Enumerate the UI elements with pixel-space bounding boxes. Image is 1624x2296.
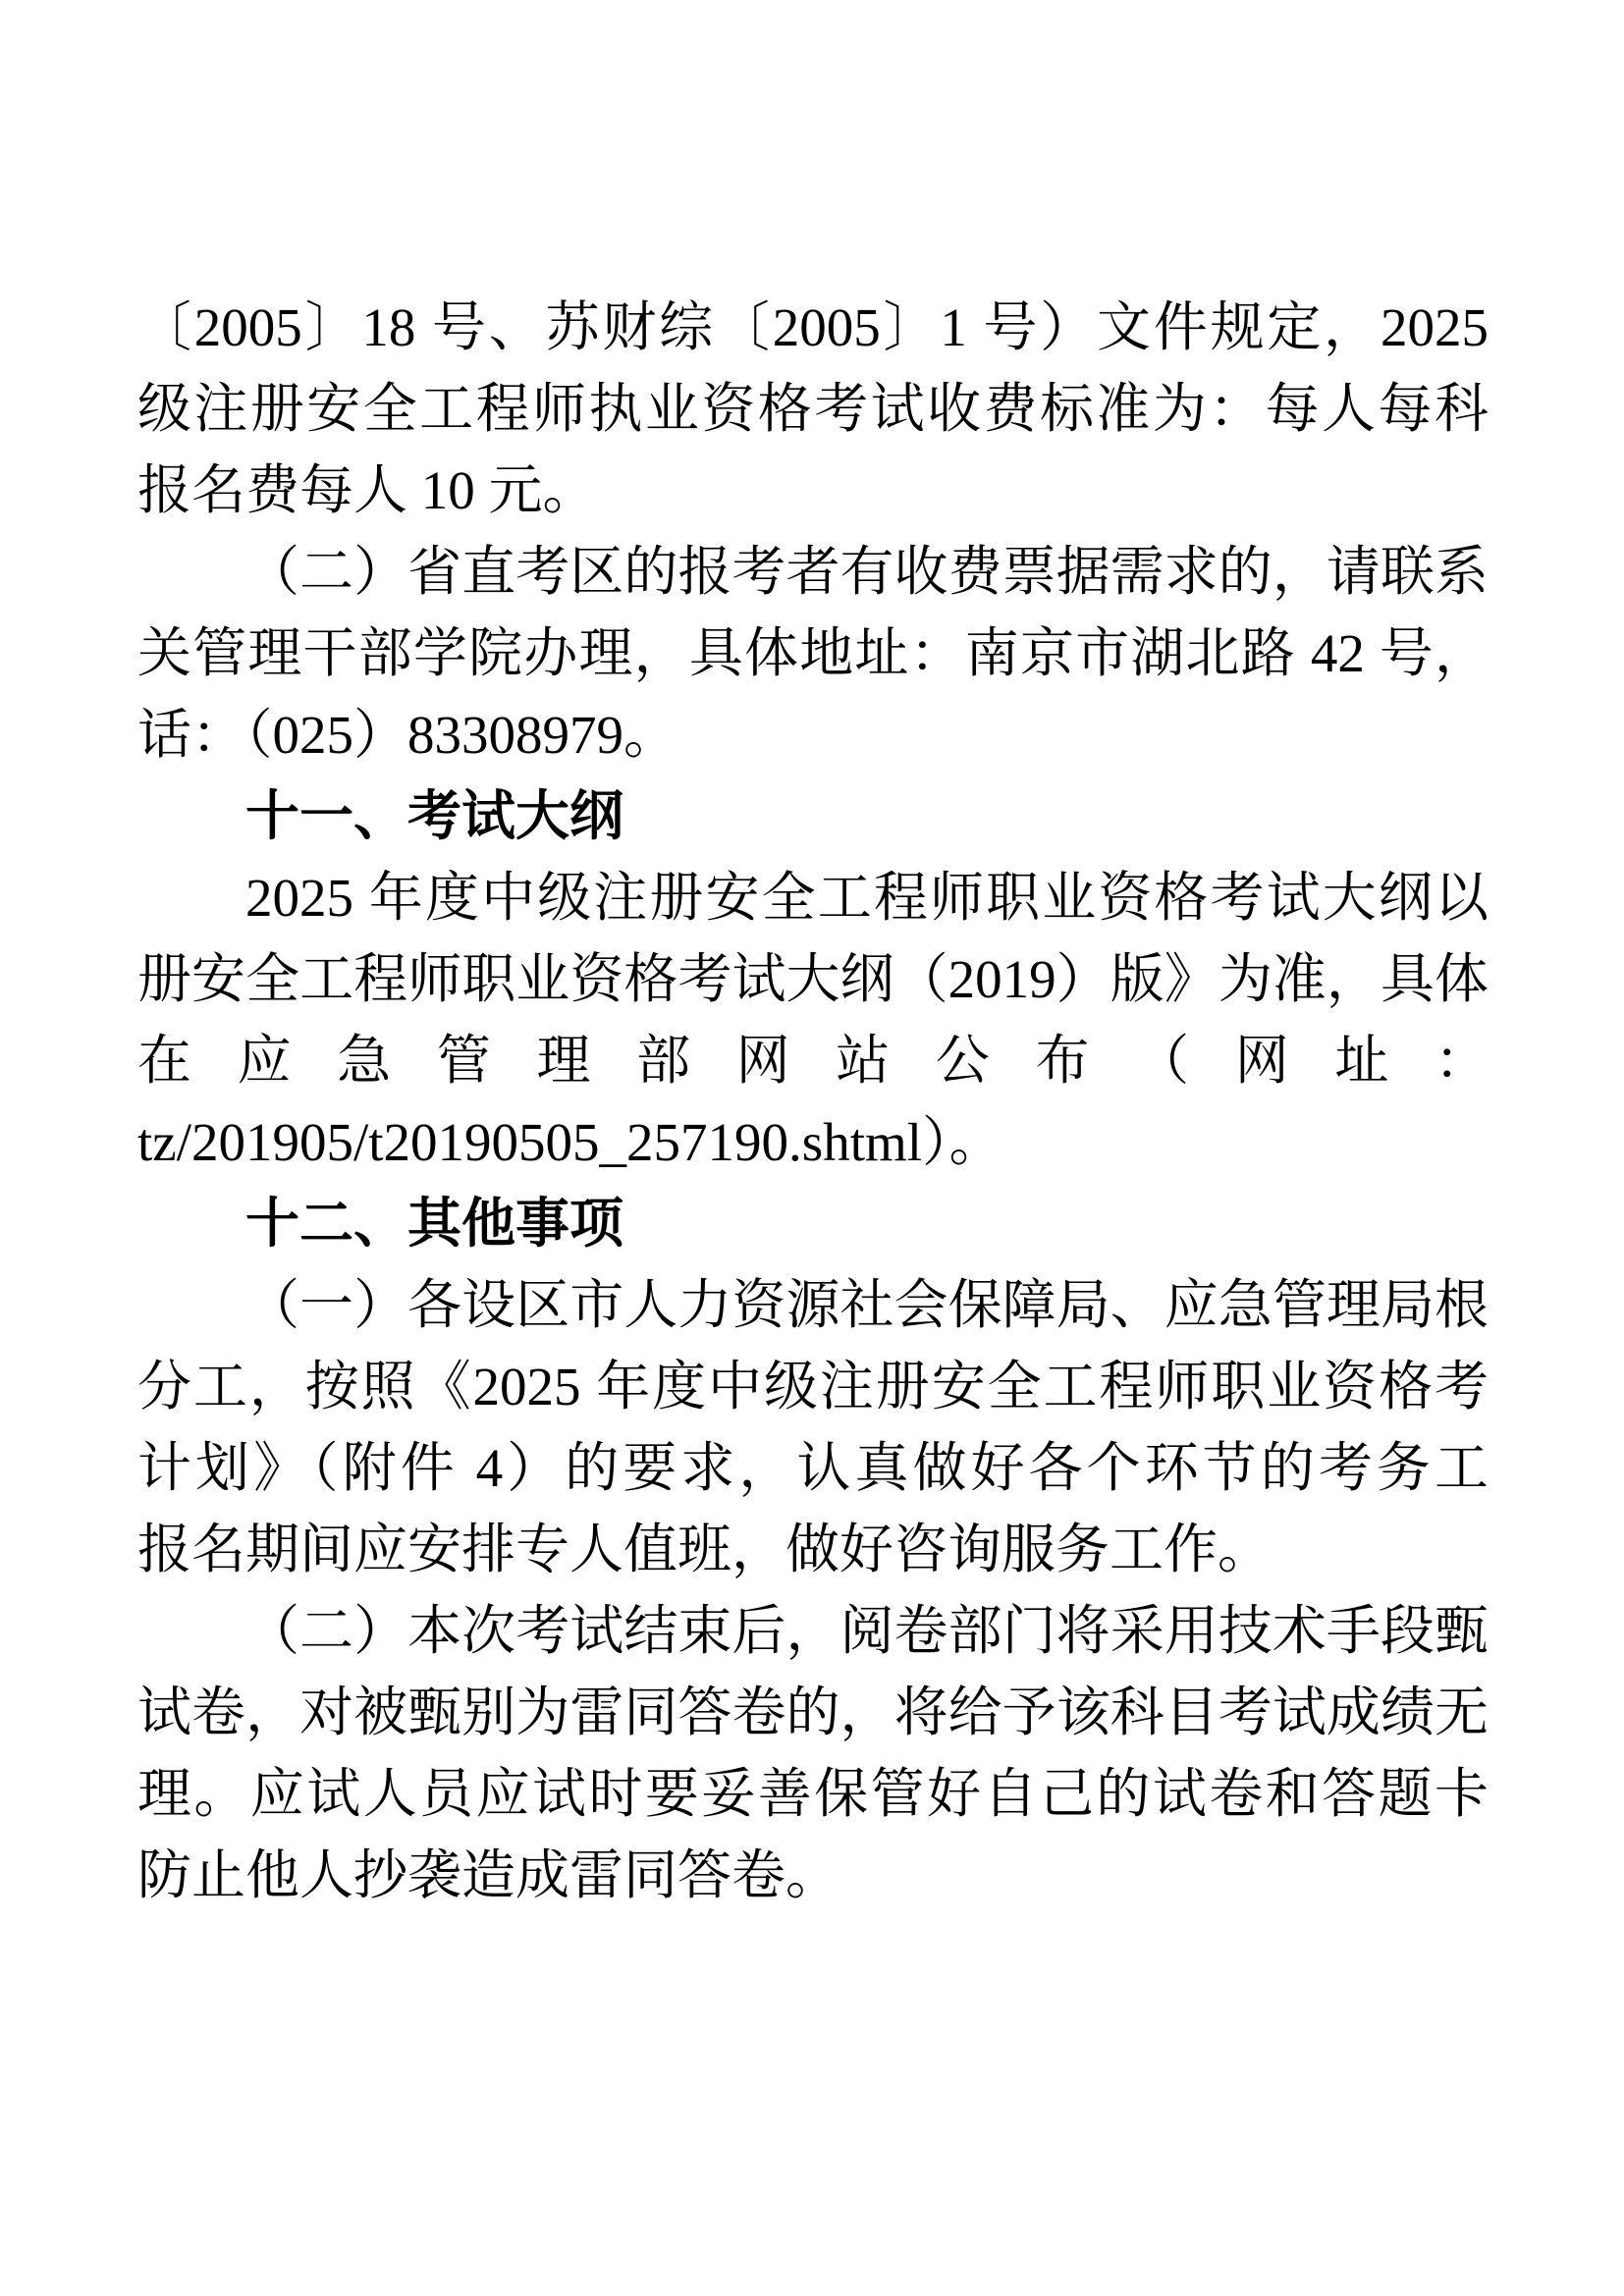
text-line: 报名费每人 10 元。 <box>137 450 1489 531</box>
text-line: 话：（025）83308979。 <box>137 694 1489 775</box>
text-line: 理。应试人员应试时要妥善保管好自己的试卷和答题卡（纸）， <box>137 1753 1489 1835</box>
text-line: 2025 年度中级注册安全工程师职业资格考试大纲以《中级注 <box>137 857 1489 938</box>
paragraph-fee-standard: 〔2005〕18 号、苏财综〔2005〕1 号）文件规定，2025 年度中 级注… <box>137 287 1489 531</box>
text-line: 分工，按照《2025 年度中级注册安全工程师职业资格考试工作 <box>137 1346 1489 1427</box>
document-content: 〔2005〕18 号、苏财综〔2005〕1 号）文件规定，2025 年度中 级注… <box>137 287 1489 1916</box>
text-line: 在应急管理部网站公布（网址：https://www.mem.gov.cn/gk/… <box>137 1020 1489 1101</box>
section-heading-exam-outline: 十一、考试大纲 <box>245 775 1489 857</box>
document-page: 〔2005〕18 号、苏财综〔2005〕1 号）文件规定，2025 年度中 级注… <box>0 0 1624 2296</box>
text-line: tz/201905/t20190505_257190.shtml）。 <box>137 1101 1489 1183</box>
paragraph-exam-outline: 2025 年度中级注册安全工程师职业资格考试大纲以《中级注 册安全工程师职业资格… <box>137 857 1489 1183</box>
paragraph-invoice-contact: （二）省直考区的报考者有收费票据需求的，请联系省级机 关管理干部学院办理，具体地… <box>137 531 1489 775</box>
paragraph-duties: （一）各设区市人力资源社会保障局、应急管理局根据职责 分工，按照《2025 年度… <box>137 1264 1489 1590</box>
text-line: （一）各设区市人力资源社会保障局、应急管理局根据职责 <box>137 1264 1489 1346</box>
text-line: 级注册安全工程师执业资格考试收费标准为：每人每科 60 元， <box>137 368 1489 450</box>
text-line: （二）本次考试结束后，阅卷部门将采用技术手段甄别雷同 <box>137 1590 1489 1672</box>
text-line: 关管理干部学院办理，具体地址：南京市湖北路 42 号，联系电 <box>137 613 1489 694</box>
text-line: 〔2005〕18 号、苏财综〔2005〕1 号）文件规定，2025 年度中 <box>137 287 1489 368</box>
text-line: 计划》（附件 4）的要求，认真做好各个环节的考务工作。考试 <box>137 1427 1489 1509</box>
text-line: 防止他人抄袭造成雷同答卷。 <box>137 1835 1489 1916</box>
text-line: 试卷，对被甄别为雷同答卷的，将给予该科目考试成绩无效的处 <box>137 1672 1489 1753</box>
paragraph-identical-papers: （二）本次考试结束后，阅卷部门将采用技术手段甄别雷同 试卷，对被甄别为雷同答卷的… <box>137 1590 1489 1916</box>
text-line: （二）省直考区的报考者有收费票据需求的，请联系省级机 <box>137 531 1489 613</box>
text-line: 报名期间应安排专人值班，做好咨询服务工作。 <box>137 1509 1489 1590</box>
text-line: 册安全工程师职业资格考试大纲（2019）版》为准，具体内容已 <box>137 938 1489 1020</box>
section-heading-other-matters: 十二、其他事项 <box>245 1183 1489 1264</box>
